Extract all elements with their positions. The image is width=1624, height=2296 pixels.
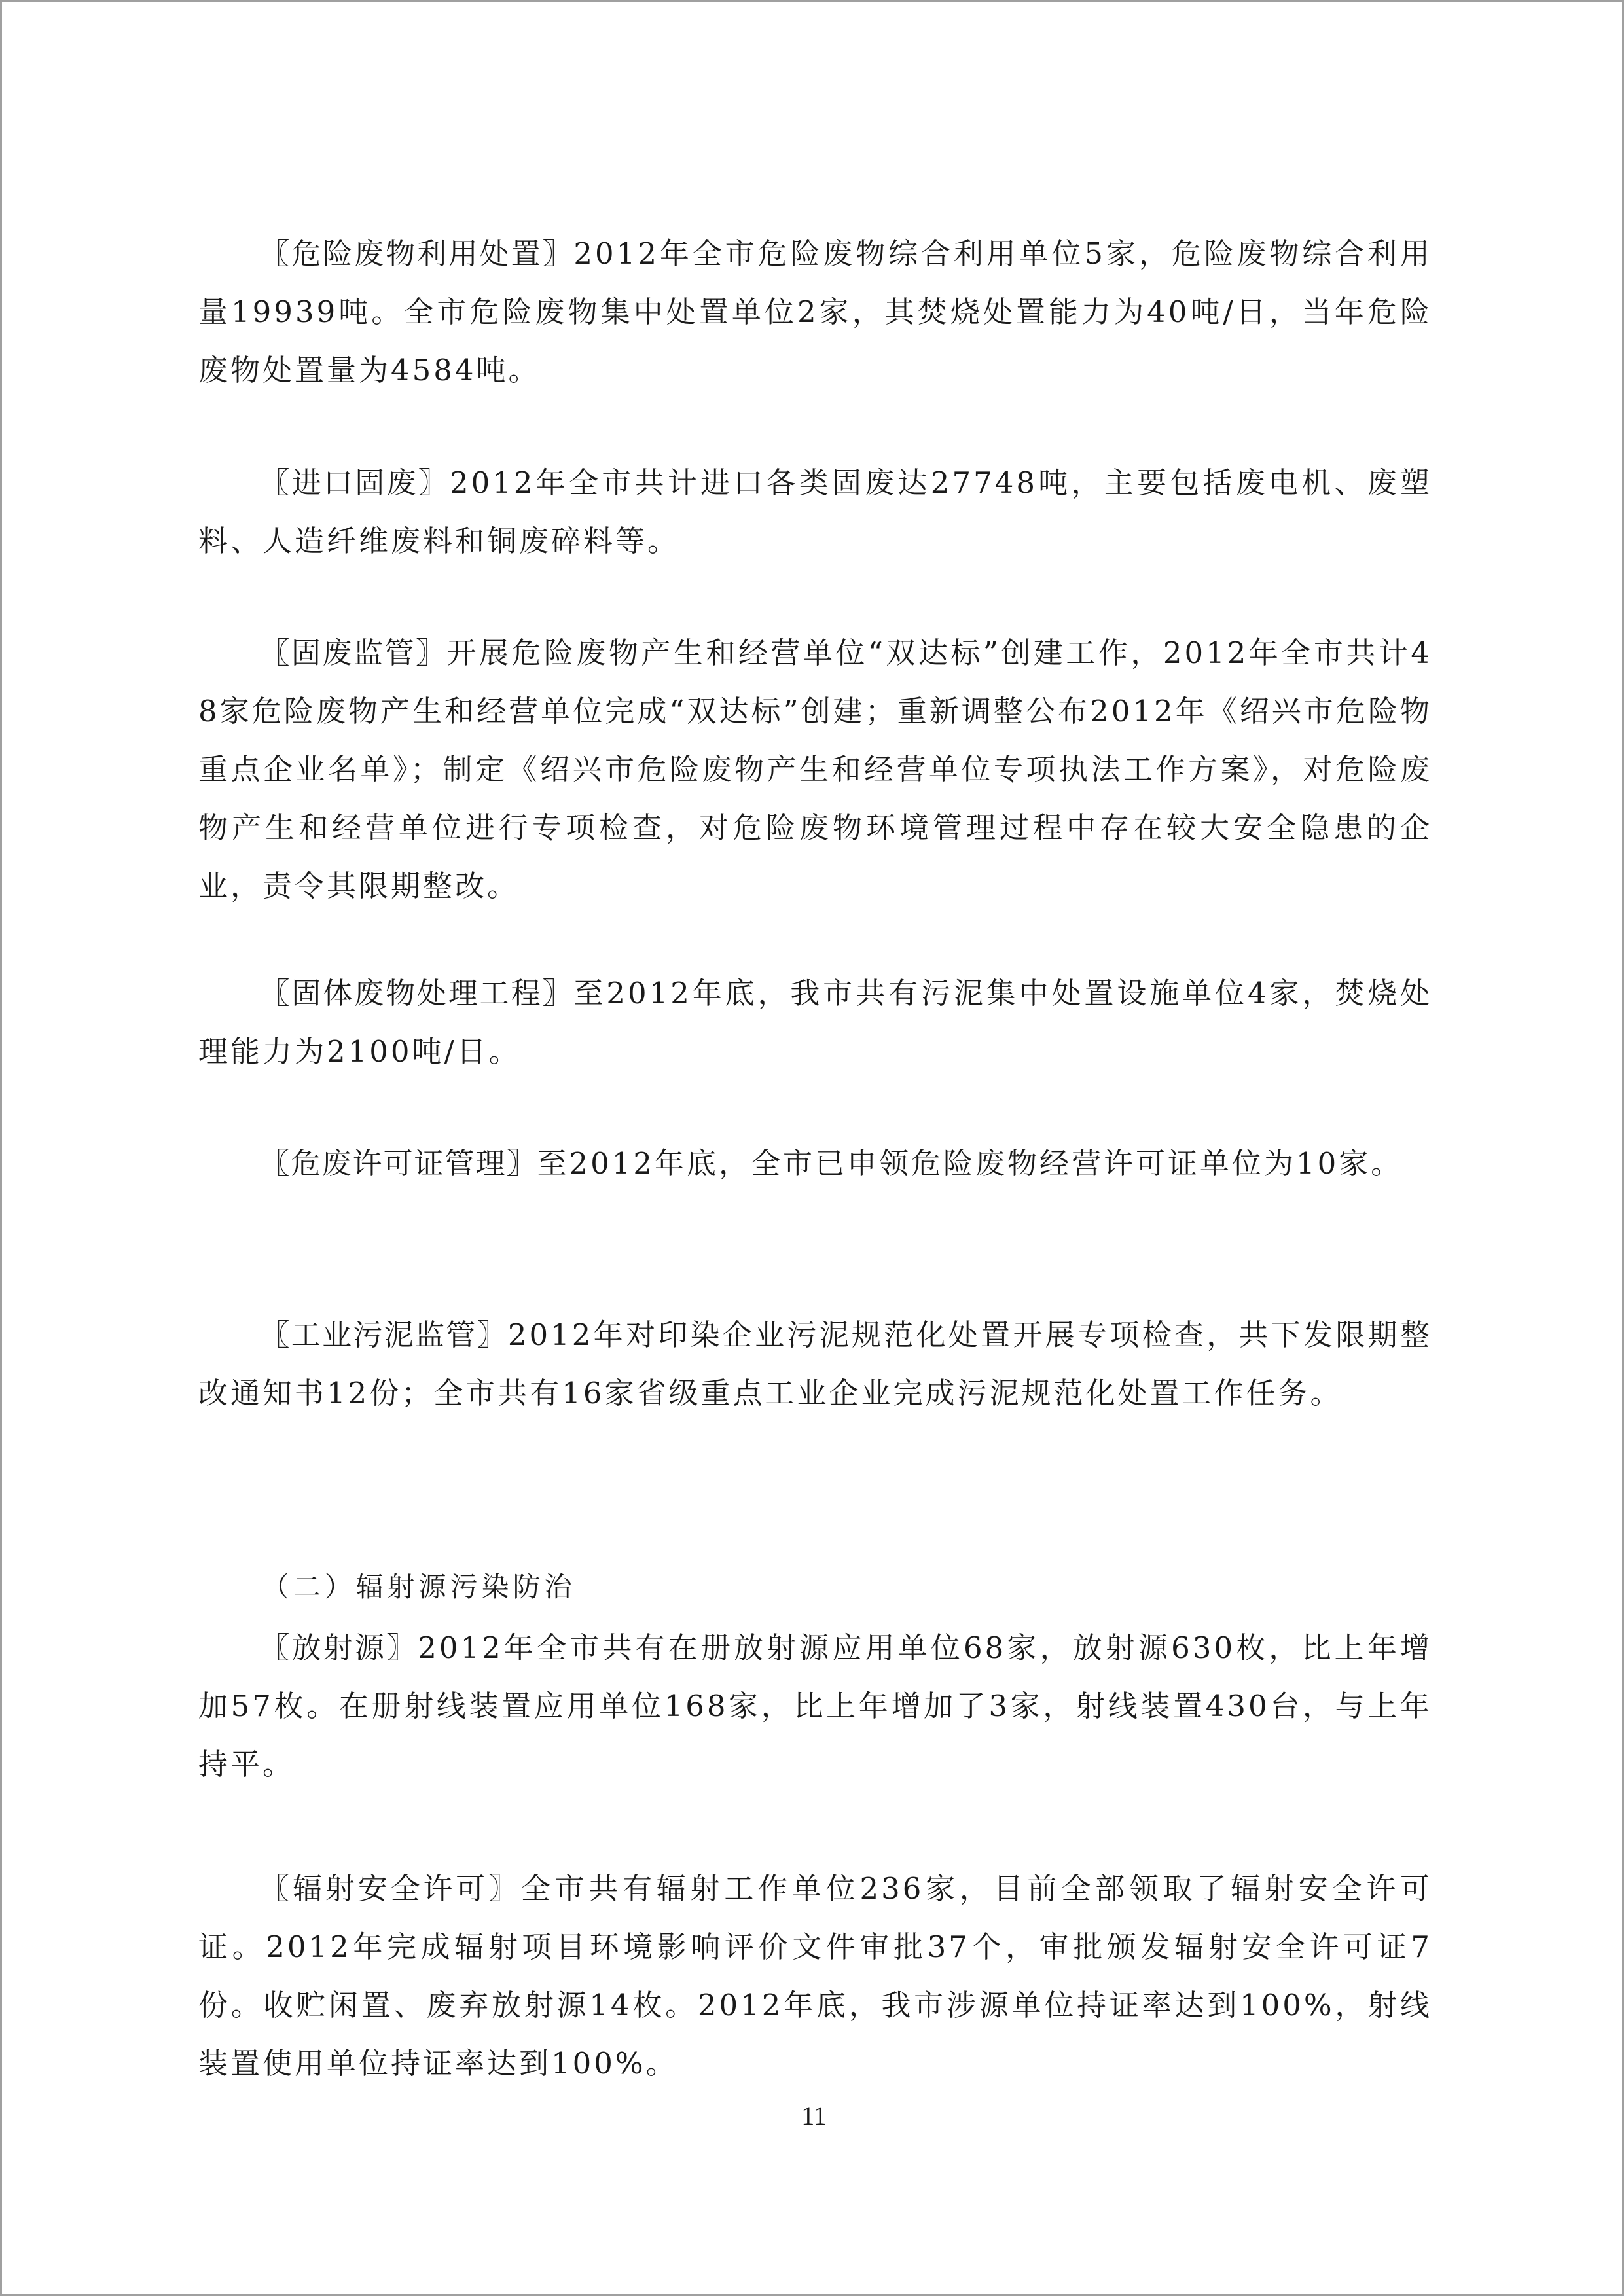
- section-heading: （二）辐射源污染防治: [198, 1568, 576, 1607]
- paragraph-hazardous-waste-utilization: 〖危险废物利用处置〗2012年全市危险废物综合利用单位5家，危险废物综合利用量1…: [198, 224, 1432, 399]
- paragraph-tag: 〖固体废物处理工程〗: [261, 976, 574, 1011]
- paragraph-hazardous-waste-license: 〖危废许可证管理〗至2012年底，全市已申领危险废物经营许可证单位为10家。: [198, 1134, 1432, 1193]
- paragraph-solid-waste-supervision: 〖固废监管〗开展危险废物产生和经营单位“双达标”创建工作，2012年全市共计48…: [198, 624, 1432, 915]
- paragraph-text: 至2012年底，全市已申领危险废物经营许可证单位为10家。: [537, 1146, 1403, 1181]
- paragraph-solid-waste-treatment-project: 〖固体废物处理工程〗至2012年底，我市共有污泥集中处置设施单位4家，焚烧处理能…: [198, 964, 1432, 1081]
- paragraph-radiation-safety-license: 〖辐射安全许可〗全市共有辐射工作单位236家，目前全部领取了辐射安全许可证。20…: [198, 1859, 1432, 2092]
- paragraph-text: 开展危险废物产生和经营单位“双达标”创建工作，2012年全市共计48家危险废物产…: [198, 636, 1432, 903]
- paragraph-tag: 〖工业污泥监管〗: [261, 1318, 508, 1352]
- paragraph-industrial-sludge-supervision: 〖工业污泥监管〗2012年对印染企业污泥规范化处置开展专项检查，共下发限期整改通…: [198, 1306, 1432, 1422]
- paragraph-imported-solid-waste: 〖进口固废〗2012年全市共计进口各类固废达27748吨，主要包括废电机、废塑料…: [198, 454, 1432, 570]
- paragraph-tag: 〖放射源〗: [261, 1630, 418, 1665]
- paragraph-tag: 〖固废监管〗: [261, 636, 447, 670]
- document-page: 〖危险废物利用处置〗2012年全市危险废物综合利用单位5家，危险废物综合利用量1…: [0, 0, 1624, 2296]
- paragraph-radioactive-sources: 〖放射源〗2012年全市共有在册放射源应用单位68家，放射源630枚，比上年增加…: [198, 1619, 1432, 1793]
- paragraph-tag: 〖危险废物利用处置〗: [261, 236, 574, 271]
- paragraph-tag: 〖进口固废〗: [261, 465, 450, 500]
- paragraph-tag: 〖辐射安全许可〗: [261, 1871, 521, 1906]
- paragraph-tag: 〖危废许可证管理〗: [261, 1146, 537, 1181]
- page-number: 11: [2, 2096, 1624, 2136]
